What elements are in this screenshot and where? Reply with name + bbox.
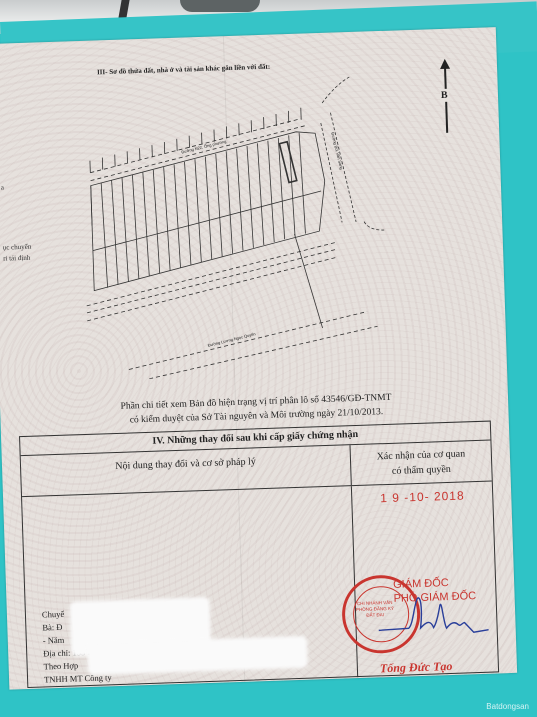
north-label: B [440,89,449,102]
side-text: ục chuyển [3,243,32,252]
change-content-cell: Chuyể Bà: Đ - Năm Địa chỉ: 155 Ba Vì The… [22,486,358,688]
changes-table: IV. Những thay đổi sau khi cấp giấy chứn… [19,421,499,689]
confirmation-cell: 1 9 -10- 2018 GIÁM ĐỐC PHÓ GIÁM ĐỐC CHI … [352,482,498,678]
signature-icon [377,592,489,646]
side-text: a [1,184,4,192]
redaction-mark [87,636,308,675]
north-arrow-icon: B [435,63,457,134]
side-text: ri tái định [3,254,30,263]
watermark: Batdongsan [486,702,529,711]
road-label-bottom: Đường Lương Ngọc Quyến [207,331,256,348]
background-object [180,0,260,12]
land-plot-map: Đường N22, Ông phường Đường Bùi Văn Sáng… [59,71,389,381]
confirmation-date: 1 9 -10- 2018 [380,488,465,505]
road-label-right: Đường Bùi Văn Sáng [330,132,344,170]
header-line: có thẩm quyền [351,461,491,481]
land-certificate-page: III- Sơ đồ thửa đất, nhà ở và tài sản kh… [0,27,517,689]
table-row: Chuyể Bà: Đ - Năm Địa chỉ: 155 Ba Vì The… [22,482,498,688]
background-object [118,0,129,18]
signer-name: Tống Đức Tạo [380,659,453,676]
column-header-confirmation: Xác nhận của cơ quan có thẩm quyền [351,441,492,486]
